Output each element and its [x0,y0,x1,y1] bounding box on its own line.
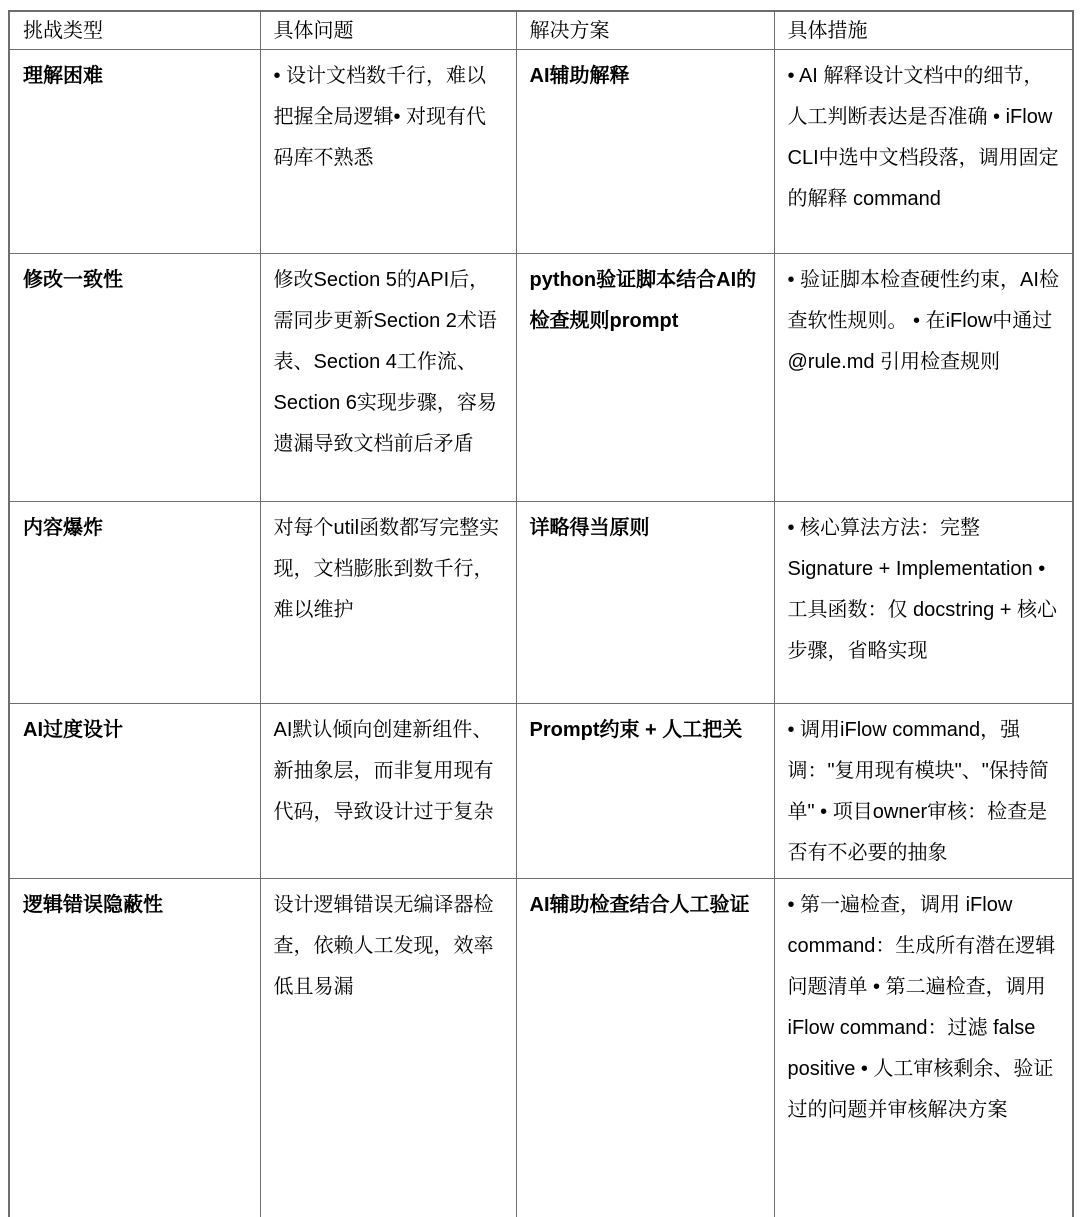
cell-solution: AI辅助检查结合人工验证 [516,878,774,1217]
header-challenge-type: 挑战类型 [9,11,260,49]
cell-solution: python验证脚本结合AI的检查规则prompt [516,253,774,501]
cell-solution: 详略得当原则 [516,501,774,703]
cell-problem: AI默认倾向创建新组件、新抽象层，而非复用现有代码，导致设计过于复杂 [260,703,516,878]
cell-challenge: AI过度设计 [9,703,260,878]
table-row: 修改一致性 修改Section 5的API后，需同步更新Section 2术语表… [9,253,1073,501]
cell-problem: 设计逻辑错误无编译器检查，依赖人工发现，效率低且易漏 [260,878,516,1217]
document-page: 挑战类型 具体问题 解决方案 具体措施 理解困难 • 设计文档数千行，难以把握全… [0,0,1080,1217]
cell-challenge: 逻辑错误隐蔽性 [9,878,260,1217]
challenge-solution-table: 挑战类型 具体问题 解决方案 具体措施 理解困难 • 设计文档数千行，难以把握全… [8,10,1074,1217]
table-row: 逻辑错误隐蔽性 设计逻辑错误无编译器检查，依赖人工发现，效率低且易漏 AI辅助检… [9,878,1073,1217]
cell-solution: Prompt约束 + 人工把关 [516,703,774,878]
table-row: AI过度设计 AI默认倾向创建新组件、新抽象层，而非复用现有代码，导致设计过于复… [9,703,1073,878]
table-header-row: 挑战类型 具体问题 解决方案 具体措施 [9,11,1073,49]
cell-solution: AI辅助解释 [516,49,774,253]
cell-measures: • AI 解释设计文档中的细节，人工判断表达是否准确 • iFlow CLI中选… [774,49,1073,253]
cell-problem: 对每个util函数都写完整实现，文档膨胀到数千行，难以维护 [260,501,516,703]
cell-challenge: 理解困难 [9,49,260,253]
header-measures: 具体措施 [774,11,1073,49]
cell-challenge: 修改一致性 [9,253,260,501]
cell-problem: • 设计文档数千行，难以把握全局逻辑• 对现有代码库不熟悉 [260,49,516,253]
cell-measures: • 第一遍检查，调用 iFlow command：生成所有潜在逻辑问题清单 • … [774,878,1073,1217]
cell-measures: • 核心算法方法：完整 Signature + Implementation •… [774,501,1073,703]
table-row: 理解困难 • 设计文档数千行，难以把握全局逻辑• 对现有代码库不熟悉 AI辅助解… [9,49,1073,253]
cell-problem: 修改Section 5的API后，需同步更新Section 2术语表、Secti… [260,253,516,501]
header-solution: 解决方案 [516,11,774,49]
cell-challenge: 内容爆炸 [9,501,260,703]
cell-measures: • 验证脚本检查硬性约束，AI检查软性规则。 • 在iFlow中通过 @rule… [774,253,1073,501]
cell-measures: • 调用iFlow command，强调："复用现有模块"、"保持简单" • 项… [774,703,1073,878]
header-problem: 具体问题 [260,11,516,49]
table-row: 内容爆炸 对每个util函数都写完整实现，文档膨胀到数千行，难以维护 详略得当原… [9,501,1073,703]
